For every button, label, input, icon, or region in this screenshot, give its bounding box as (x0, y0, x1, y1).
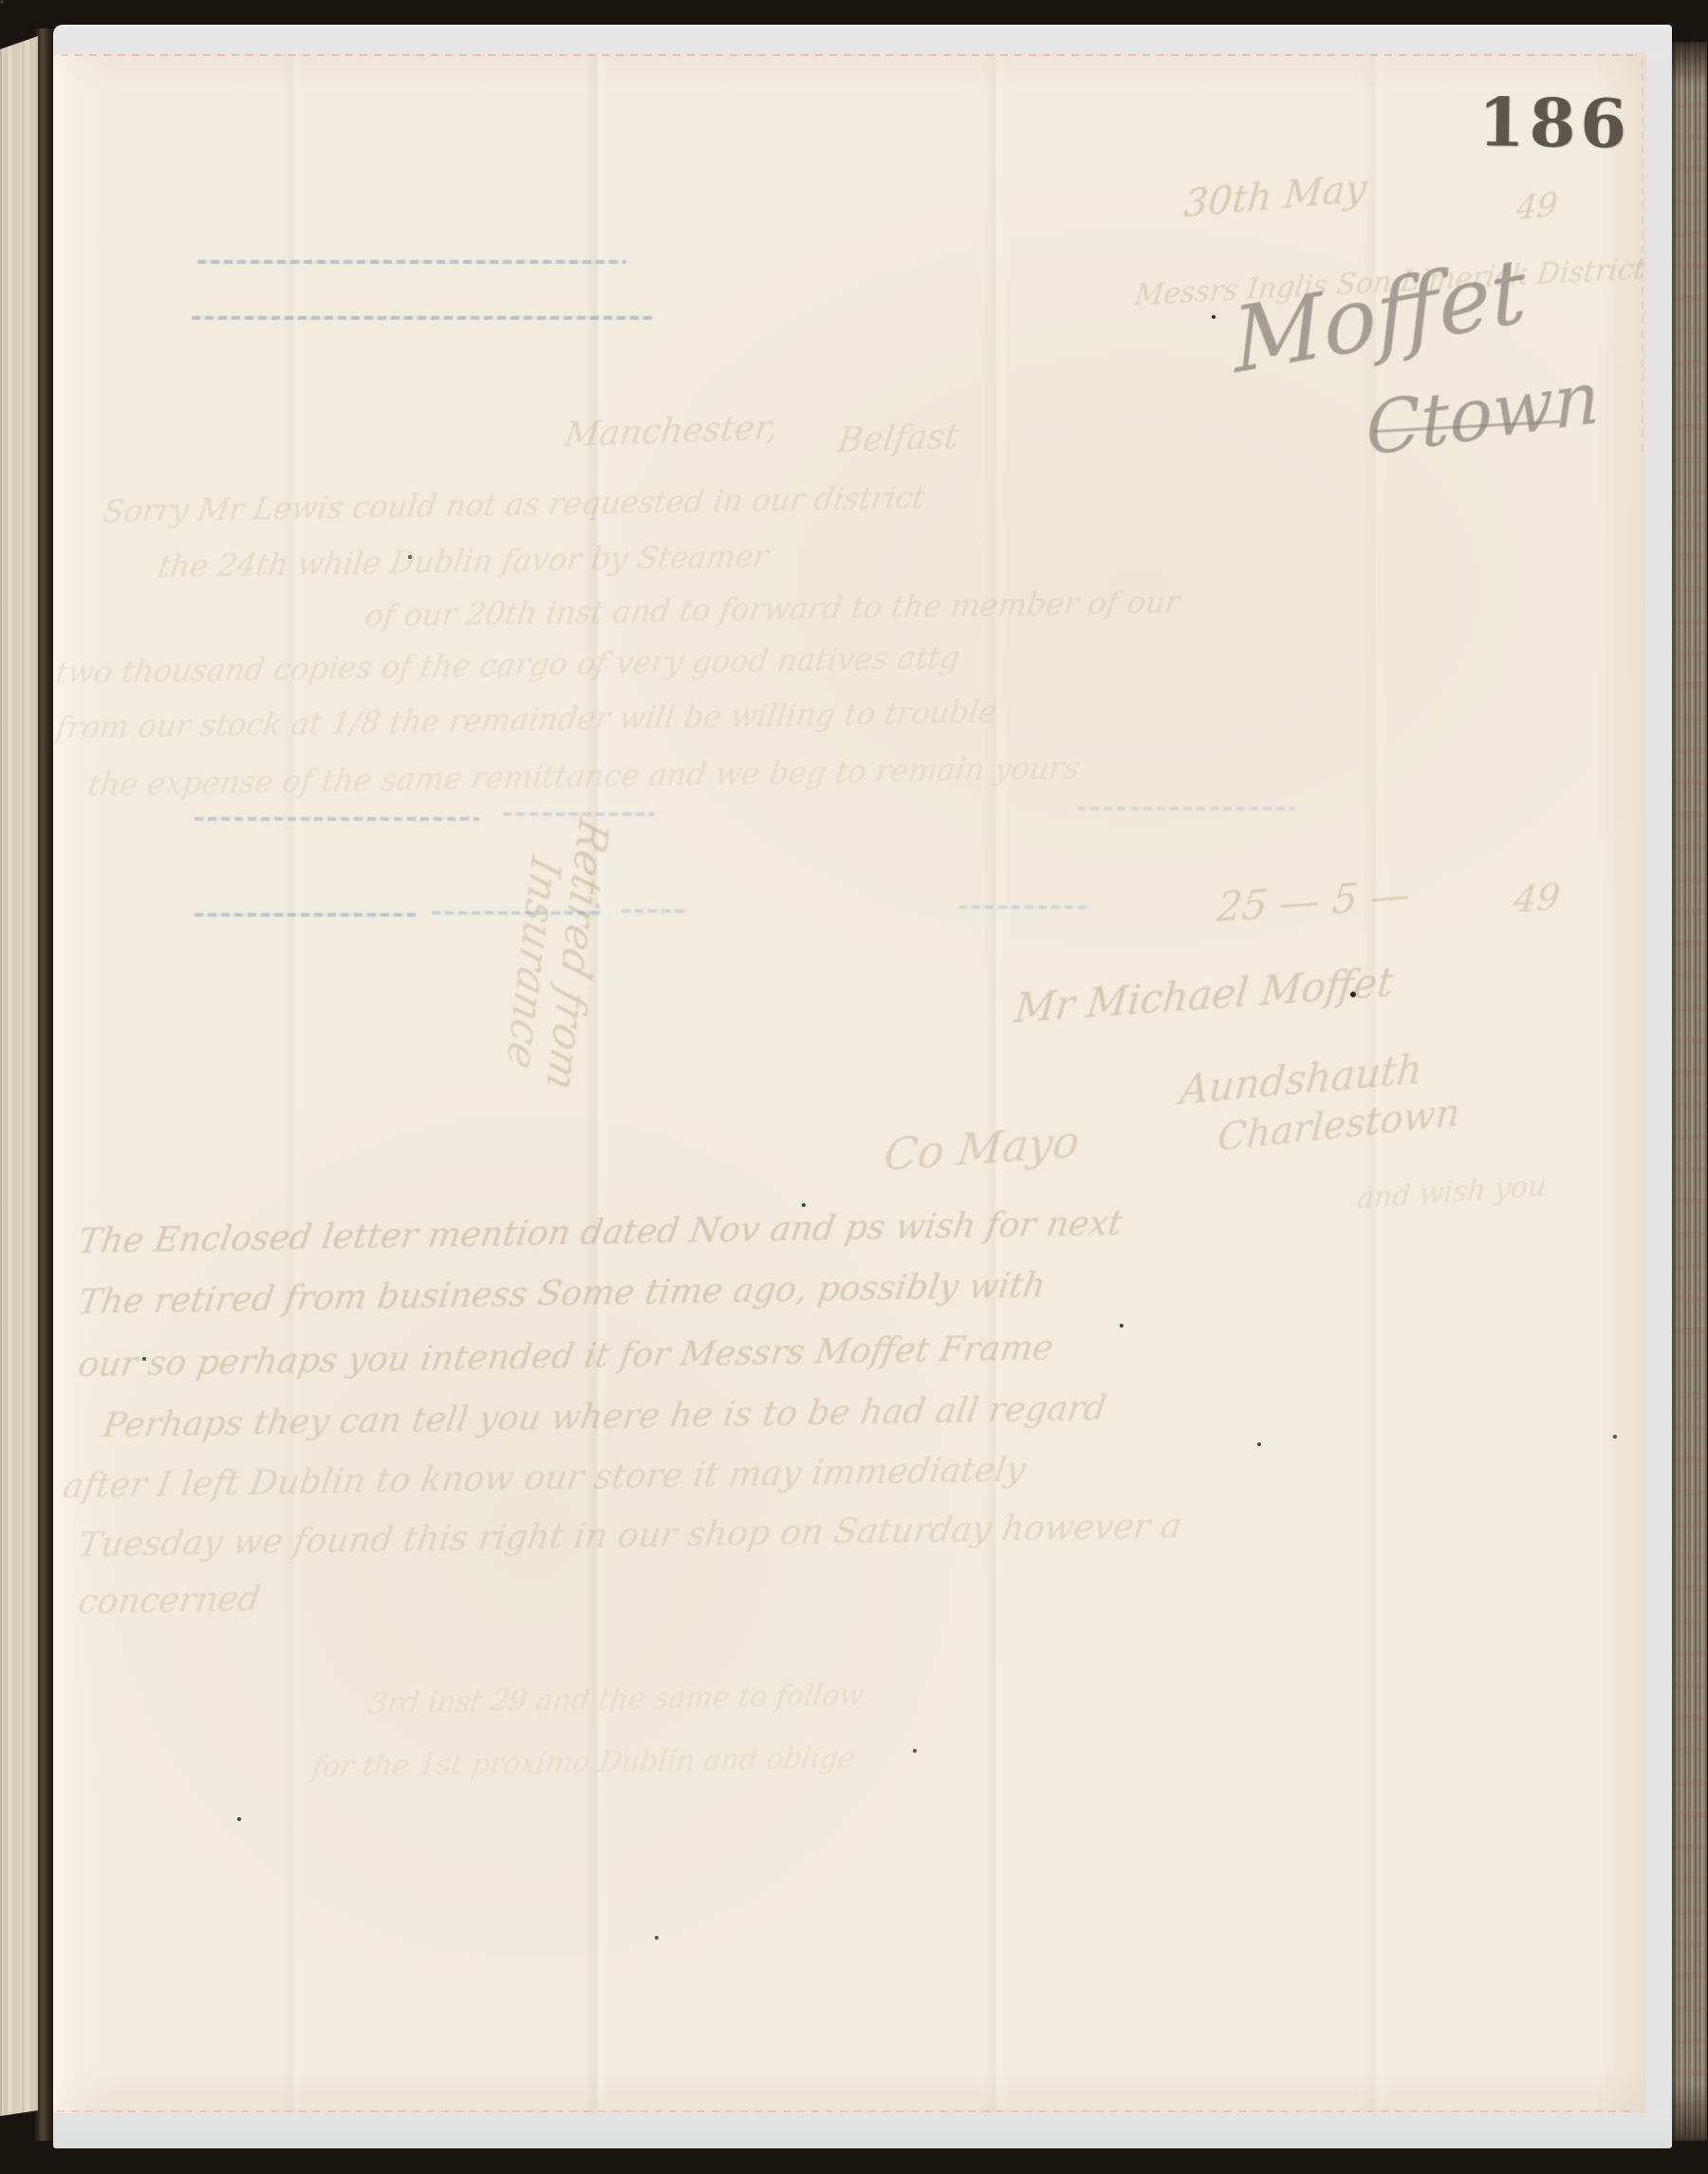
faded-handwriting-line: Manchester, (562, 408, 781, 455)
handwriting-layer: 30th May49Messrs Inglis Son Limerick Dis… (0, 0, 1708, 2174)
faded-handwriting-line: of our 20th inst and to forward to the m… (362, 584, 1182, 634)
faded-handwriting-line: for the 1st proximo Dublin and oblige (309, 1741, 857, 1784)
faded-handwriting-line: Mr Michael Moffet (1012, 958, 1396, 1031)
scanned-ledger-page: 186 30th May49Messrs Inglis Son Limerick… (0, 0, 1708, 2174)
blue-offset-rule-segment (503, 812, 655, 816)
faded-handwriting-line: Belfast (835, 418, 961, 461)
faded-handwriting-line: Perhaps they can tell you where he is to… (100, 1389, 1108, 1446)
faded-handwriting-line: Co Mayo (882, 1116, 1082, 1181)
blue-offset-rule-segment (958, 905, 1091, 909)
faded-handwriting-line: 3rd inst 29 and the same to follow (366, 1679, 866, 1720)
faded-handwriting-line: after I left Dublin to know our store it… (60, 1450, 1028, 1506)
faded-handwriting-line: 49 (1514, 186, 1559, 228)
blue-offset-rule-segment (622, 909, 688, 913)
blue-offset-rule-segment (432, 911, 603, 915)
faded-handwriting-line: our so perhaps you intended it for Messr… (75, 1329, 1055, 1384)
dust-specks (0, 0, 4, 4)
faded-handwriting-line: 49 (1512, 876, 1562, 921)
faded-handwriting-line: the 24th while Dublin favor by Steamer (156, 538, 770, 585)
blue-offset-rule-segment (1077, 807, 1295, 810)
blue-offset-rule-segment (195, 913, 418, 917)
pencil-annotation: Ctown (1365, 354, 1601, 472)
faded-handwriting-line: concerned (75, 1580, 263, 1622)
faded-handwriting-line: Tuesday we found this right in our shop … (75, 1507, 1184, 1565)
faded-handwriting-line: from our stock at 1/8 the remainder will… (53, 694, 999, 746)
faded-handwriting-line: Sorry Mr Lewis could not as requested in… (101, 479, 928, 530)
faded-handwriting-line: The Enclosed letter mention dated Nov an… (75, 1204, 1124, 1261)
faded-handwriting-line: 30th May (1182, 166, 1368, 226)
faded-handwriting-line: The retired from business Some time ago,… (75, 1266, 1048, 1322)
blue-offset-rule-segment (195, 817, 479, 821)
blue-offset-rule-segment (192, 316, 654, 320)
faded-handwriting-line: and wish you (1355, 1169, 1548, 1216)
blue-offset-rule-segment (197, 260, 626, 264)
faded-handwriting-line: the expense of the same remittance and w… (85, 750, 1083, 803)
faded-handwriting-line: 25 — 5 — (1215, 871, 1413, 932)
faded-handwriting-line: two thousand copies of the cargo of very… (53, 639, 962, 691)
